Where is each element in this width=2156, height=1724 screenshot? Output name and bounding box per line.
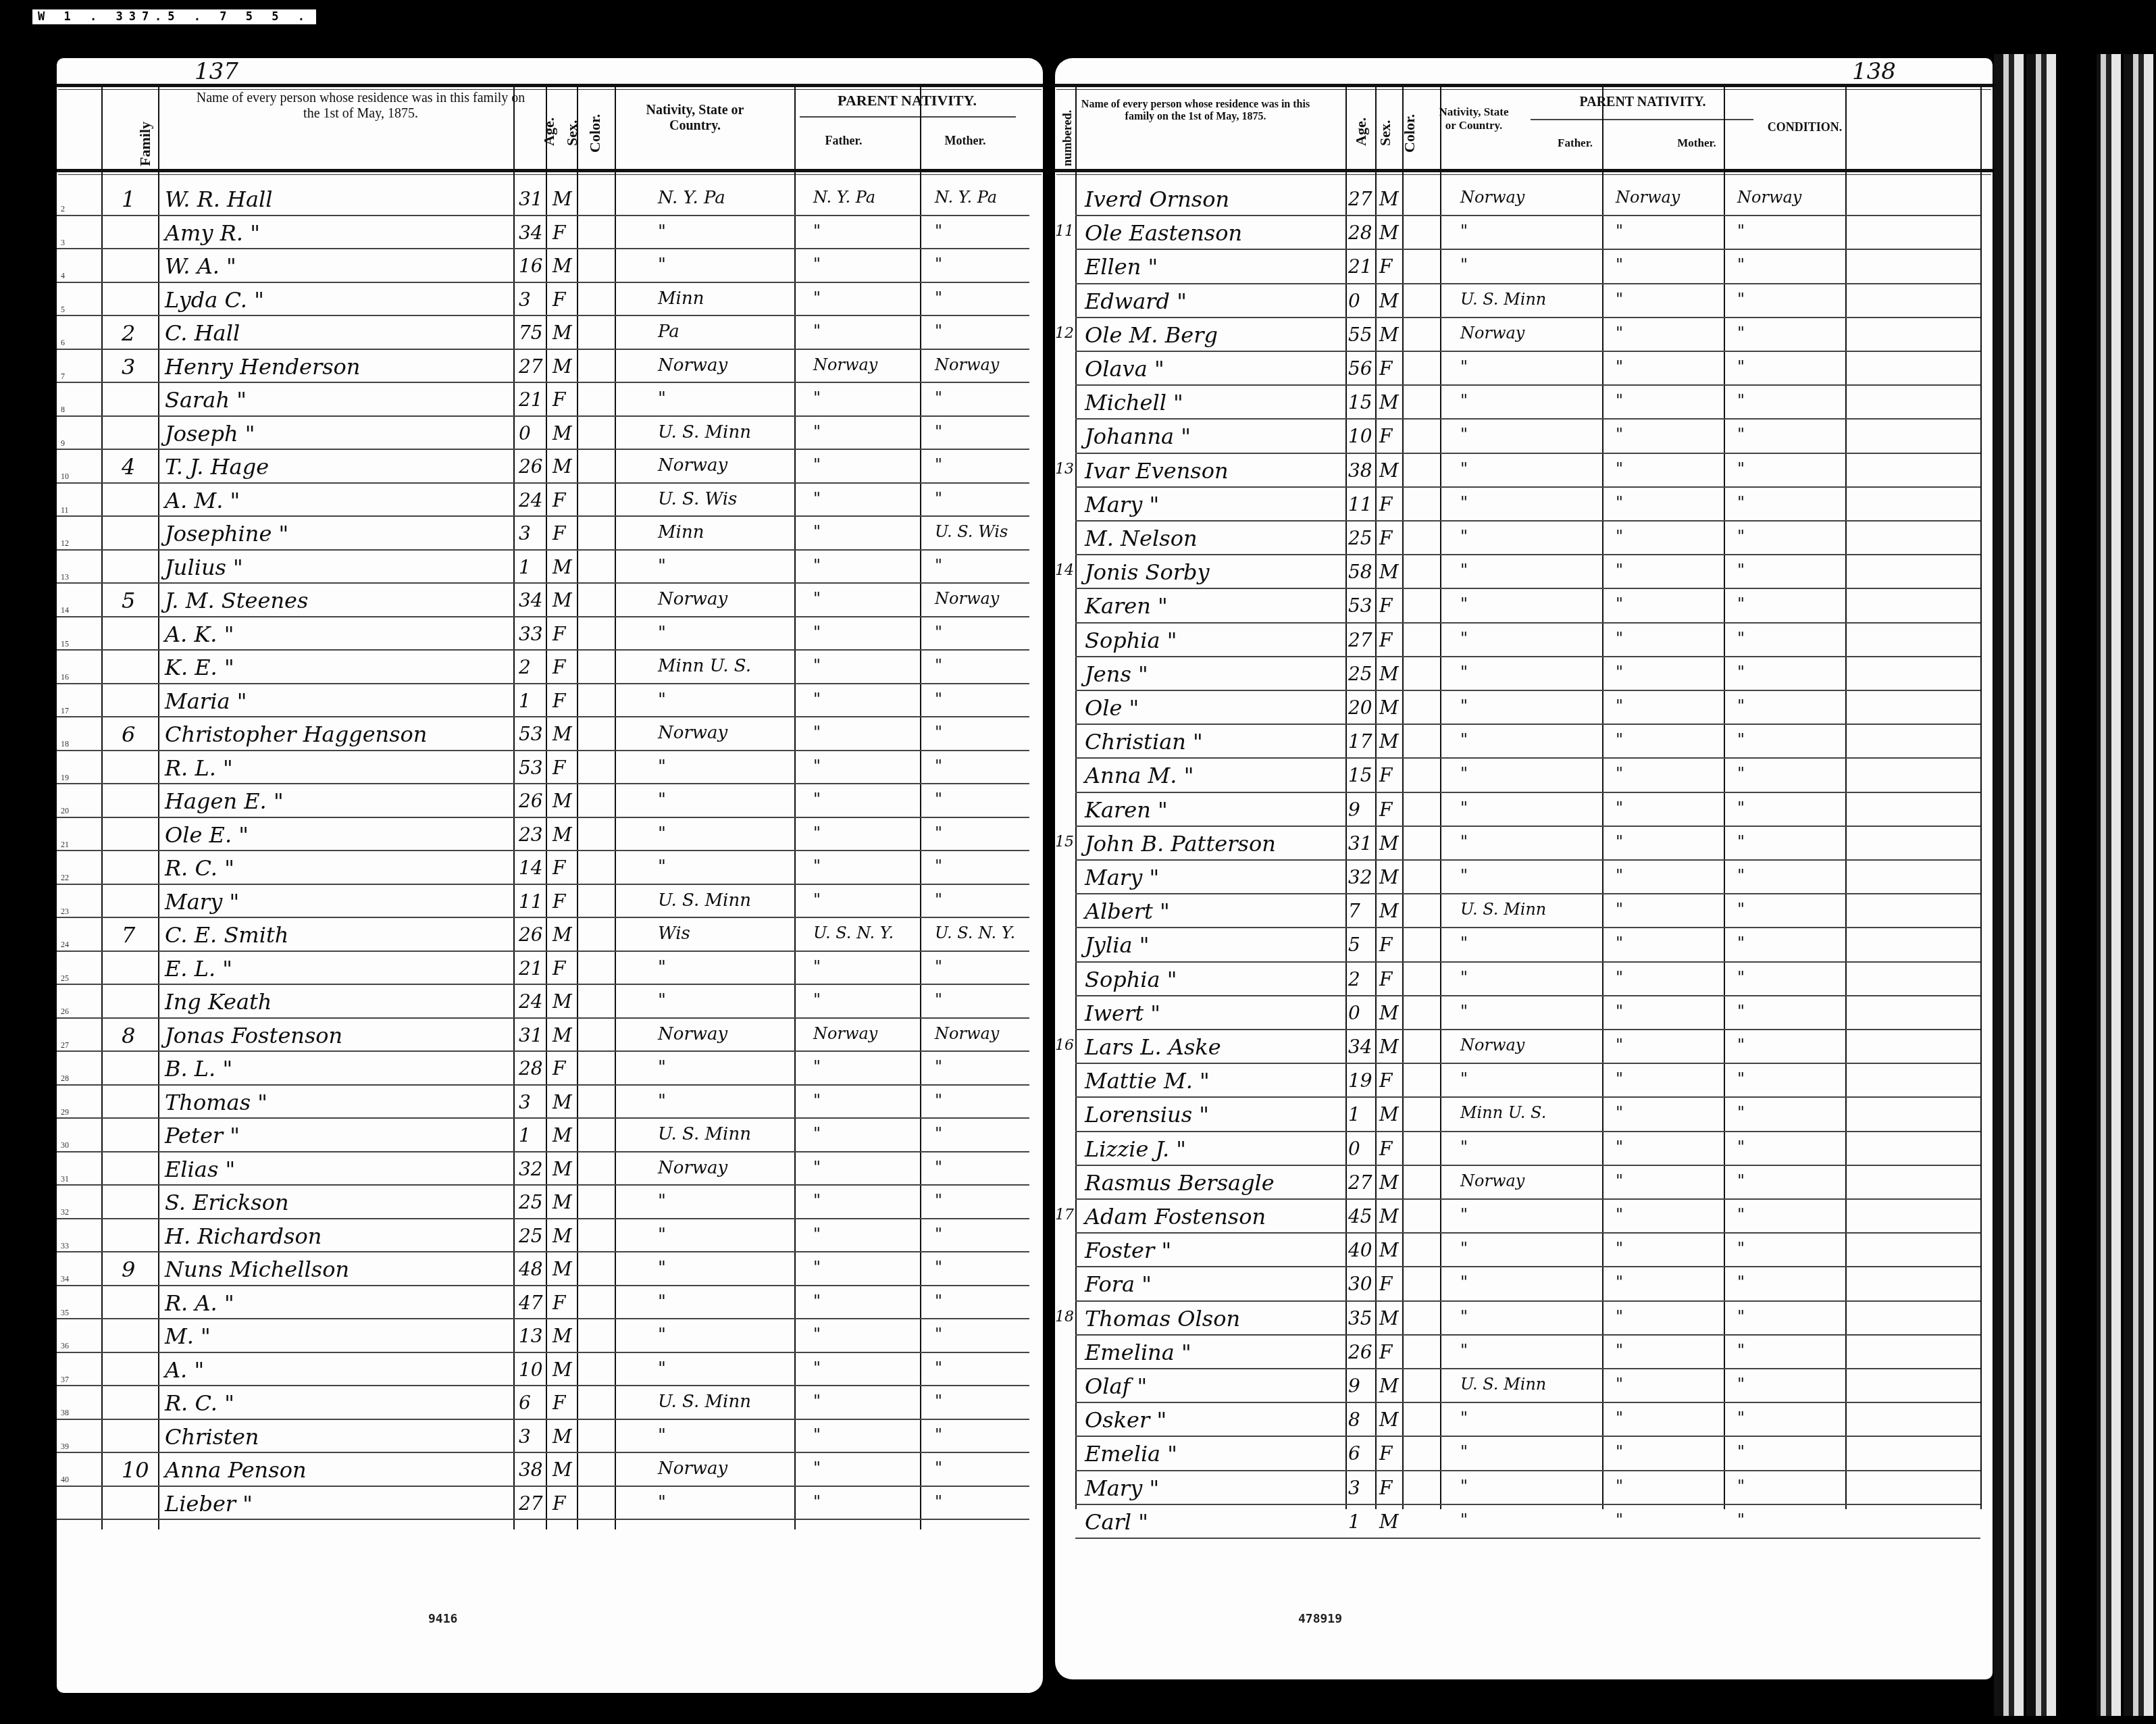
person-age: 17 [1348, 730, 1372, 753]
person-nativity: Norway [1460, 1036, 1524, 1055]
person-age: 1 [519, 1124, 531, 1146]
person-sex: F [553, 890, 565, 913]
family-number: 3 [122, 354, 135, 380]
person-sex: M [1379, 832, 1399, 855]
person-name: Karen " [1085, 797, 1168, 823]
person-name: Lizzie J. " [1085, 1136, 1186, 1162]
mother-nativity: " [935, 322, 942, 340]
person-age: 31 [519, 188, 543, 210]
mother-nativity: " [935, 957, 942, 976]
row-divider [57, 449, 1029, 450]
father-nativity: " [1616, 968, 1623, 987]
family-number: 13 [1055, 461, 1074, 478]
father-nativity: U. S. N. Y. [813, 923, 894, 942]
line-number: 26 [61, 1007, 69, 1017]
person-age: 45 [1348, 1205, 1372, 1227]
row-divider [57, 783, 1029, 784]
person-sex: M [553, 1359, 572, 1381]
person-sex: M [1379, 1171, 1399, 1194]
person-age: 47 [519, 1292, 543, 1314]
person-age: 34 [1348, 1036, 1372, 1058]
row-divider [57, 950, 1029, 952]
person-sex: M [1379, 730, 1399, 753]
person-sex: M [1379, 391, 1399, 413]
person-nativity: U. S. Minn [658, 1124, 751, 1144]
person-nativity: Norway [658, 1024, 727, 1044]
row-divider [1075, 927, 1980, 928]
person-age: 1 [1348, 1511, 1360, 1533]
mother-nativity: " [935, 690, 942, 709]
person-age: 3 [519, 1425, 531, 1448]
row-divider [1075, 792, 1980, 793]
person-name: Lars L. Aske [1085, 1034, 1221, 1060]
row-divider [57, 1084, 1029, 1086]
line-number: 32 [61, 1207, 69, 1217]
father-nativity: " [813, 890, 821, 909]
person-sex: M [1379, 1036, 1399, 1058]
person-age: 25 [519, 1225, 543, 1247]
mother-nativity: " [935, 1158, 942, 1177]
person-name: Jonis Sorby [1085, 559, 1210, 585]
row-divider [57, 1452, 1029, 1453]
line-number: 30 [61, 1140, 69, 1150]
person-age: 53 [1348, 594, 1372, 617]
person-age: 6 [519, 1392, 531, 1414]
father-nativity: " [813, 388, 821, 407]
person-age: 10 [1348, 425, 1372, 447]
mother-nativity: U. S. Wis [935, 522, 1008, 541]
person-name: Christian " [1085, 729, 1203, 755]
father-nativity: " [813, 656, 821, 675]
mother-nativity: " [1737, 663, 1745, 682]
row-divider [57, 582, 1029, 584]
line-number: 14 [61, 605, 69, 615]
person-nativity: " [658, 1292, 666, 1312]
person-sex: F [1379, 1341, 1392, 1363]
person-name: A. " [165, 1357, 204, 1383]
mother-nativity: " [1737, 391, 1745, 410]
row-divider [1075, 453, 1980, 454]
person-name: Osker " [1085, 1407, 1166, 1433]
parent-nativity-divider [800, 116, 1016, 118]
father-nativity: " [813, 790, 821, 809]
person-name: H. Richardson [165, 1223, 322, 1249]
father-nativity: " [813, 623, 821, 642]
header-parent-nativity: PARENT NATIVITY. [1528, 95, 1757, 110]
line-number: 9 [61, 438, 65, 449]
line-number: 28 [61, 1073, 69, 1084]
mother-nativity: Norway [1737, 188, 1801, 207]
column-divider [1602, 84, 1603, 1509]
father-nativity: " [1616, 1103, 1623, 1122]
family-number: 10 [122, 1457, 149, 1483]
mother-nativity: " [1737, 730, 1745, 749]
family-number: 14 [1055, 562, 1074, 579]
person-sex: F [553, 222, 565, 244]
header-age: Age. [540, 105, 558, 146]
line-number: 20 [61, 806, 69, 816]
mother-nativity: " [1737, 1103, 1745, 1122]
person-sex: M [1379, 1103, 1399, 1125]
person-sex: M [553, 1325, 572, 1347]
person-nativity: " [1460, 1069, 1468, 1088]
person-sex: M [1379, 1375, 1399, 1397]
header-mother: Mother. [1649, 136, 1744, 150]
footer-stamp: 478919 [1298, 1612, 1342, 1626]
father-nativity: " [1616, 730, 1623, 749]
person-age: 25 [1348, 527, 1372, 549]
person-nativity: " [1460, 968, 1468, 987]
person-sex: M [1379, 900, 1399, 922]
line-number: 33 [61, 1241, 69, 1251]
row-divider [1075, 1368, 1980, 1369]
person-sex: M [553, 823, 572, 846]
person-nativity: " [1460, 1002, 1468, 1021]
person-sex: F [1379, 1273, 1392, 1295]
person-sex: M [553, 1225, 572, 1247]
person-sex: M [553, 1091, 572, 1113]
person-age: 28 [519, 1057, 543, 1080]
person-sex: M [553, 1459, 572, 1481]
line-number: 29 [61, 1107, 69, 1117]
line-number: 10 [61, 472, 69, 482]
person-name: Olaf " [1085, 1373, 1147, 1399]
person-sex: M [553, 355, 572, 378]
family-number: 12 [1055, 325, 1074, 342]
father-nativity: " [1616, 459, 1623, 478]
line-number: 21 [61, 840, 69, 850]
person-nativity: " [658, 823, 666, 844]
mother-nativity: " [935, 1392, 942, 1411]
person-nativity: " [1460, 1511, 1468, 1529]
row-divider [1075, 486, 1980, 488]
person-sex: M [1379, 1511, 1399, 1533]
person-age: 0 [1348, 290, 1360, 312]
family-number: 4 [122, 454, 135, 480]
person-nativity: Norway [658, 589, 727, 609]
mother-nativity: " [1737, 1036, 1745, 1055]
person-age: 11 [519, 890, 543, 913]
mother-nativity: " [935, 1225, 942, 1244]
mother-nativity: " [1737, 696, 1745, 715]
father-nativity: " [1616, 1138, 1623, 1157]
person-sex: F [553, 522, 565, 544]
person-age: 58 [1348, 561, 1372, 583]
person-sex: M [1379, 459, 1399, 482]
father-nativity: " [1616, 493, 1623, 512]
person-age: 16 [519, 255, 543, 277]
person-nativity: " [658, 757, 666, 777]
line-number: 7 [61, 372, 65, 382]
person-sex: F [1379, 1069, 1392, 1092]
row-divider [1075, 1300, 1980, 1302]
person-name: Mary " [1085, 865, 1159, 890]
father-nativity: " [813, 1492, 821, 1511]
line-number: 38 [61, 1408, 69, 1418]
father-nativity: " [1616, 561, 1623, 580]
father-nativity: " [813, 1225, 821, 1244]
person-sex: F [553, 1057, 565, 1080]
book-page-edges [1994, 54, 2156, 1716]
mother-nativity: " [1737, 866, 1745, 885]
person-age: 31 [1348, 832, 1372, 855]
person-name: Christen [165, 1424, 259, 1450]
header-nativity: Nativity, State or Country. [644, 103, 746, 134]
family-number: 11 [1055, 223, 1074, 240]
mother-nativity: " [1737, 1477, 1745, 1496]
person-name: Michell " [1085, 390, 1183, 415]
person-sex: F [553, 623, 565, 645]
parent-nativity-divider [1531, 119, 1753, 120]
row-divider [57, 1117, 1029, 1119]
person-nativity: U. S. Minn [658, 1392, 751, 1412]
person-nativity: " [1460, 1409, 1468, 1427]
row-divider [57, 1285, 1029, 1286]
row-divider [1075, 1470, 1980, 1471]
person-name: Albert " [1085, 898, 1170, 924]
person-name: Ing Keath [165, 989, 272, 1015]
mother-nativity: " [1737, 1171, 1745, 1190]
mother-nativity: " [935, 757, 942, 776]
person-age: 75 [519, 322, 543, 344]
person-sex: F [553, 957, 565, 980]
person-sex: M [553, 455, 572, 478]
person-name: Lorensius " [1085, 1102, 1209, 1127]
person-name: Mary " [1085, 1475, 1159, 1501]
row-divider [57, 1251, 1029, 1252]
line-number: 40 [61, 1475, 69, 1485]
person-age: 23 [519, 823, 543, 846]
person-name: Joseph " [165, 421, 255, 447]
person-age: 13 [519, 1325, 543, 1347]
row-divider [57, 1318, 1029, 1319]
row-divider [1075, 351, 1980, 352]
row-divider [1075, 961, 1980, 963]
person-age: 26 [519, 923, 543, 946]
person-name: A. M. " [165, 488, 240, 513]
father-nativity: " [813, 1425, 821, 1444]
person-name: C. Hall [165, 320, 240, 346]
person-age: 2 [519, 656, 531, 678]
person-name: Mary " [165, 889, 239, 915]
person-sex: F [1379, 255, 1392, 278]
person-name: Henry Henderson [165, 354, 360, 380]
person-sex: F [1379, 594, 1392, 617]
mother-nativity: " [1737, 764, 1745, 783]
person-name: Mattie M. " [1085, 1068, 1210, 1094]
person-name: Sophia " [1085, 628, 1177, 653]
person-nativity: " [1460, 1205, 1468, 1224]
father-nativity: " [813, 1124, 821, 1143]
person-sex: F [553, 1492, 565, 1515]
person-nativity: Norway [658, 723, 727, 743]
person-nativity: Norway [1460, 188, 1524, 207]
person-name: M. " [165, 1323, 211, 1349]
column-divider [546, 84, 547, 1529]
person-sex: M [553, 1258, 572, 1280]
person-nativity: " [1460, 764, 1468, 783]
father-nativity: " [1616, 798, 1623, 817]
person-nativity: Norway [658, 355, 727, 376]
person-age: 3 [519, 1091, 531, 1113]
person-name: Christopher Haggenson [165, 721, 427, 747]
row-divider [57, 1486, 1029, 1487]
mother-nativity: " [935, 1292, 942, 1311]
person-age: 3 [519, 522, 531, 544]
person-name: Thomas Olson [1085, 1306, 1240, 1332]
row-divider [57, 1050, 1029, 1052]
mother-nativity: " [935, 556, 942, 575]
line-number: 34 [61, 1274, 69, 1284]
person-nativity: " [1460, 934, 1468, 953]
row-divider [1075, 1504, 1980, 1505]
person-sex: F [553, 489, 565, 511]
mother-nativity: " [1737, 1239, 1745, 1258]
person-nativity: " [658, 1225, 666, 1245]
row-divider [57, 1017, 1029, 1019]
person-sex: M [553, 188, 572, 210]
row-divider [57, 984, 1029, 985]
person-sex: F [1379, 1138, 1392, 1160]
person-age: 21 [1348, 255, 1372, 278]
father-nativity: " [1616, 391, 1623, 410]
person-age: 14 [519, 857, 543, 879]
father-nativity: " [1616, 1069, 1623, 1088]
mother-nativity: " [1737, 1205, 1745, 1224]
person-sex: M [553, 923, 572, 946]
person-age: 35 [1348, 1307, 1372, 1329]
person-nativity: " [1460, 1341, 1468, 1360]
person-age: 26 [1348, 1341, 1372, 1363]
father-nativity: " [813, 222, 821, 240]
person-sex: M [553, 422, 572, 445]
father-nativity: " [813, 1191, 821, 1210]
person-age: 9 [1348, 798, 1360, 821]
row-divider [1075, 757, 1980, 759]
row-divider [57, 917, 1029, 918]
header-top-rule [57, 84, 1043, 87]
father-nativity: " [1616, 1002, 1623, 1021]
person-nativity: " [1460, 629, 1468, 648]
person-sex: M [553, 990, 572, 1013]
person-name: Josephine " [165, 521, 288, 547]
mother-nativity: " [935, 1492, 942, 1511]
person-age: 11 [1348, 493, 1372, 515]
row-divider [1075, 656, 1980, 657]
mother-nativity: " [935, 990, 942, 1009]
person-nativity: U. S. Minn [1460, 1375, 1546, 1394]
header-name: Name of every person whose residence was… [1074, 99, 1317, 124]
father-nativity: " [813, 723, 821, 742]
person-name: Emelina " [1085, 1340, 1191, 1365]
person-nativity: Wis [658, 923, 690, 944]
father-nativity: " [1616, 832, 1623, 851]
person-sex: F [553, 288, 565, 311]
person-nativity: " [1460, 696, 1468, 715]
row-divider [1075, 893, 1980, 894]
line-number: 19 [61, 773, 69, 783]
person-age: 34 [519, 589, 543, 611]
father-nativity: " [1616, 1205, 1623, 1224]
person-name: Karen " [1085, 593, 1168, 619]
person-age: 53 [519, 723, 543, 745]
mother-nativity: " [1737, 493, 1745, 512]
person-sex: F [553, 656, 565, 678]
row-divider [1075, 554, 1980, 555]
person-name: Hagen E. " [165, 788, 284, 814]
header-age: Age. [1352, 105, 1370, 146]
person-name: Emelia " [1085, 1441, 1177, 1467]
row-divider [1075, 859, 1980, 861]
row-divider [57, 1184, 1029, 1186]
mother-nativity: " [935, 790, 942, 809]
father-nativity: " [1616, 1273, 1623, 1292]
line-number: 39 [61, 1442, 69, 1452]
person-sex: F [1379, 629, 1392, 651]
mother-nativity: " [935, 455, 942, 474]
person-age: 56 [1348, 357, 1372, 380]
person-nativity: U. S. Minn [1460, 290, 1546, 309]
column-divider [1440, 84, 1441, 1509]
person-sex: F [553, 690, 565, 712]
line-number: 2 [61, 204, 65, 214]
father-nativity: " [1616, 357, 1623, 376]
line-number: 18 [61, 739, 69, 749]
person-name: Jylia " [1085, 932, 1149, 958]
person-nativity: U. S. Wis [658, 489, 737, 509]
row-divider [57, 1519, 1029, 1520]
person-nativity: " [1460, 1442, 1468, 1461]
column-divider [1345, 84, 1347, 1509]
line-number: 22 [61, 873, 69, 883]
line-number: 23 [61, 907, 69, 917]
person-nativity: Norway [658, 455, 727, 476]
person-nativity: " [658, 1325, 666, 1345]
person-age: 48 [519, 1258, 543, 1280]
person-age: 27 [1348, 188, 1372, 210]
father-nativity: " [1616, 663, 1623, 682]
person-name: Elias " [165, 1157, 235, 1182]
father-nativity: " [813, 1392, 821, 1411]
line-number: 24 [61, 940, 69, 950]
person-sex: M [1379, 188, 1399, 210]
mother-nativity: " [1737, 255, 1745, 274]
person-age: 15 [1348, 391, 1372, 413]
father-nativity: " [813, 990, 821, 1009]
column-divider [101, 84, 103, 1529]
person-sex: M [1379, 561, 1399, 583]
mother-nativity: " [935, 1091, 942, 1110]
row-divider [1075, 317, 1980, 318]
mother-nativity: " [935, 222, 942, 240]
father-nativity: " [1616, 324, 1623, 343]
person-nativity: " [1460, 255, 1468, 274]
person-nativity: Minn [658, 522, 704, 542]
family-number: 8 [122, 1023, 135, 1048]
person-name: A. K. " [165, 622, 234, 647]
person-sex: M [1379, 222, 1399, 244]
row-divider [1075, 1232, 1980, 1234]
column-divider [1402, 84, 1404, 1509]
person-nativity: " [1460, 493, 1468, 512]
person-sex: M [1379, 866, 1399, 888]
person-nativity: " [658, 857, 666, 877]
father-nativity: " [813, 556, 821, 575]
father-nativity: " [813, 823, 821, 842]
person-nativity: " [658, 388, 666, 409]
mother-nativity: " [1737, 594, 1745, 613]
mother-nativity: Norway [935, 1024, 999, 1043]
